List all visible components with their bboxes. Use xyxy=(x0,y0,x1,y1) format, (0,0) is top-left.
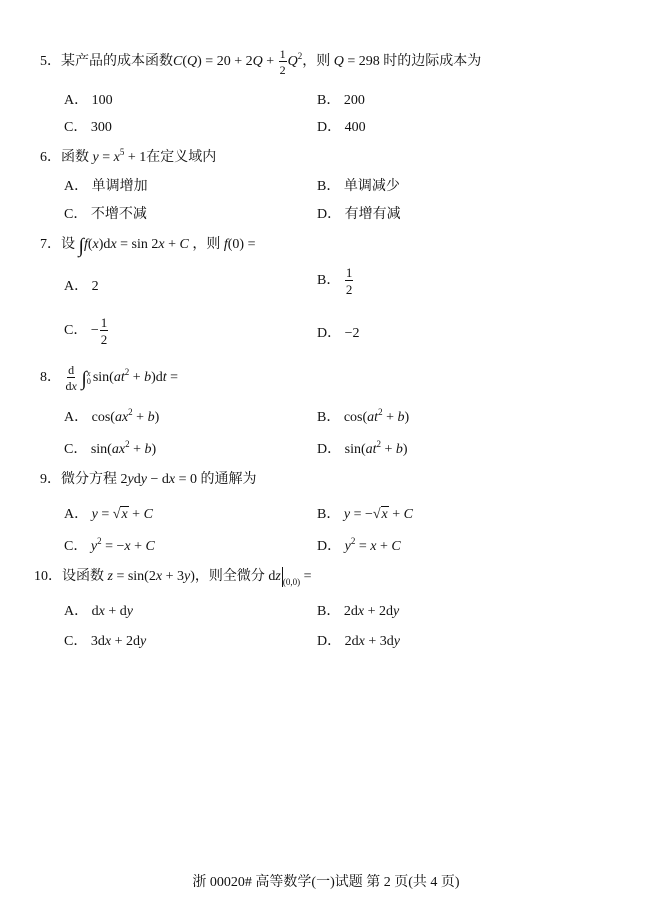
option-d: D． 2dx + 3dy xyxy=(317,630,400,650)
question-5-stem: 5．某产品的成本函数C(Q) = 20 + 2Q + 12Q2，则 Q = 29… xyxy=(40,48,481,76)
option-value: 100 xyxy=(92,93,113,108)
option-label: D． xyxy=(317,539,341,554)
question-9-stem: 9．微分方程 2ydy − dx = 0 的通解为 xyxy=(40,468,256,488)
option-label: C． xyxy=(64,120,87,135)
option-value: 单调增加 xyxy=(92,179,148,194)
option-label: A． xyxy=(64,279,88,294)
question-number: 10． xyxy=(34,569,62,584)
option-value: 300 xyxy=(91,120,112,135)
option-label: C． xyxy=(64,634,87,649)
option-c: C． 300 xyxy=(64,116,112,136)
stem-math: C(Q) = 20 + 2Q + 12Q2 xyxy=(173,54,302,69)
stem-text: 函数 xyxy=(61,150,89,165)
page-footer: 浙 00020# 高等数学(一)试题 第 2 页(共 4 页) xyxy=(0,871,652,891)
option-label: C． xyxy=(64,539,87,554)
question-number: 7． xyxy=(40,237,61,252)
stem-text: 设 xyxy=(61,237,75,252)
option-label: C． xyxy=(64,323,87,338)
option-a: A． 单调增加 xyxy=(64,175,148,195)
option-a: A． dx + dy xyxy=(64,600,133,620)
question-8-stem: 8． ddx ∫x0sin(at2 + b)dt = xyxy=(40,364,178,392)
option-label: D． xyxy=(317,442,341,457)
option-label: B． xyxy=(317,179,340,194)
option-label: A． xyxy=(64,604,88,619)
option-label: A． xyxy=(64,507,88,522)
option-label: B． xyxy=(317,507,340,522)
option-value: 400 xyxy=(345,120,366,135)
option-value: 不增不减 xyxy=(91,207,147,222)
option-label: A． xyxy=(64,179,88,194)
stem-text: 的通解为 xyxy=(200,472,256,487)
option-label: A． xyxy=(64,410,88,425)
option-b: B． 2dx + 2dy xyxy=(317,600,399,620)
option-label: D． xyxy=(317,120,341,135)
question-7-stem: 7．设 ∫f(x)dx = sin 2x + C ，则 f(0) = xyxy=(40,233,255,258)
option-b: B． cos(at2 + b) xyxy=(317,406,409,426)
option-label: A． xyxy=(64,93,88,108)
option-label: B． xyxy=(317,604,340,619)
option-value: −2 xyxy=(345,326,360,341)
option-c: C． −12 xyxy=(64,316,109,346)
option-label: B． xyxy=(317,93,340,108)
question-6-stem: 6．函数 y = x5 + 1在定义域内 xyxy=(40,146,216,166)
question-number: 6． xyxy=(40,150,61,165)
option-c: C． y2 = −x + C xyxy=(64,535,155,555)
option-label: B． xyxy=(317,273,340,288)
option-a: A． y = √x + C xyxy=(64,503,153,523)
option-b: B． 单调减少 xyxy=(317,175,400,195)
option-d: D． −2 xyxy=(317,322,360,342)
option-label: D． xyxy=(317,207,341,222)
stem-text: 微分方程 xyxy=(61,472,117,487)
question-number: 9． xyxy=(40,472,61,487)
option-a: A． 100 xyxy=(64,89,113,109)
option-c: C． 3dx + 2dy xyxy=(64,630,146,650)
option-value: 2 xyxy=(92,279,99,294)
option-d: D． 有增有减 xyxy=(317,203,401,223)
stem-text: 某产品的成本函数 xyxy=(61,54,173,69)
option-label: C． xyxy=(64,442,87,457)
stem-text: 时的边际成本为 xyxy=(383,54,481,69)
option-label: D． xyxy=(317,326,341,341)
option-a: A． cos(ax2 + b) xyxy=(64,406,159,426)
option-value: 有增有减 xyxy=(345,207,401,222)
question-number: 5． xyxy=(40,54,61,69)
option-label: B． xyxy=(317,410,340,425)
option-c: C． sin(ax2 + b) xyxy=(64,438,156,458)
option-b: B． 12 xyxy=(317,266,354,296)
question-10-stem: 10．设函数 z = sin(2x + 3y)，则全微分 dz(0,0) = xyxy=(34,565,311,587)
option-d: D． sin(at2 + b) xyxy=(317,438,408,458)
option-value: 200 xyxy=(344,93,365,108)
stem-text: 设函数 xyxy=(62,569,104,584)
stem-text: ，则全微分 xyxy=(195,569,265,584)
option-value: 单调减少 xyxy=(344,179,400,194)
option-b: B． y = −√x + C xyxy=(317,503,413,523)
question-number: 8． xyxy=(40,370,61,385)
option-d: D． y2 = x + C xyxy=(317,535,401,555)
option-c: C． 不增不减 xyxy=(64,203,147,223)
stem-text: ，则 xyxy=(302,54,330,69)
option-a: A． 2 xyxy=(64,275,99,295)
stem-text: 在定义域内 xyxy=(146,150,216,165)
option-b: B． 200 xyxy=(317,89,365,109)
stem-text: ，则 xyxy=(192,237,220,252)
option-label: D． xyxy=(317,634,341,649)
option-d: D． 400 xyxy=(317,116,366,136)
option-label: C． xyxy=(64,207,87,222)
